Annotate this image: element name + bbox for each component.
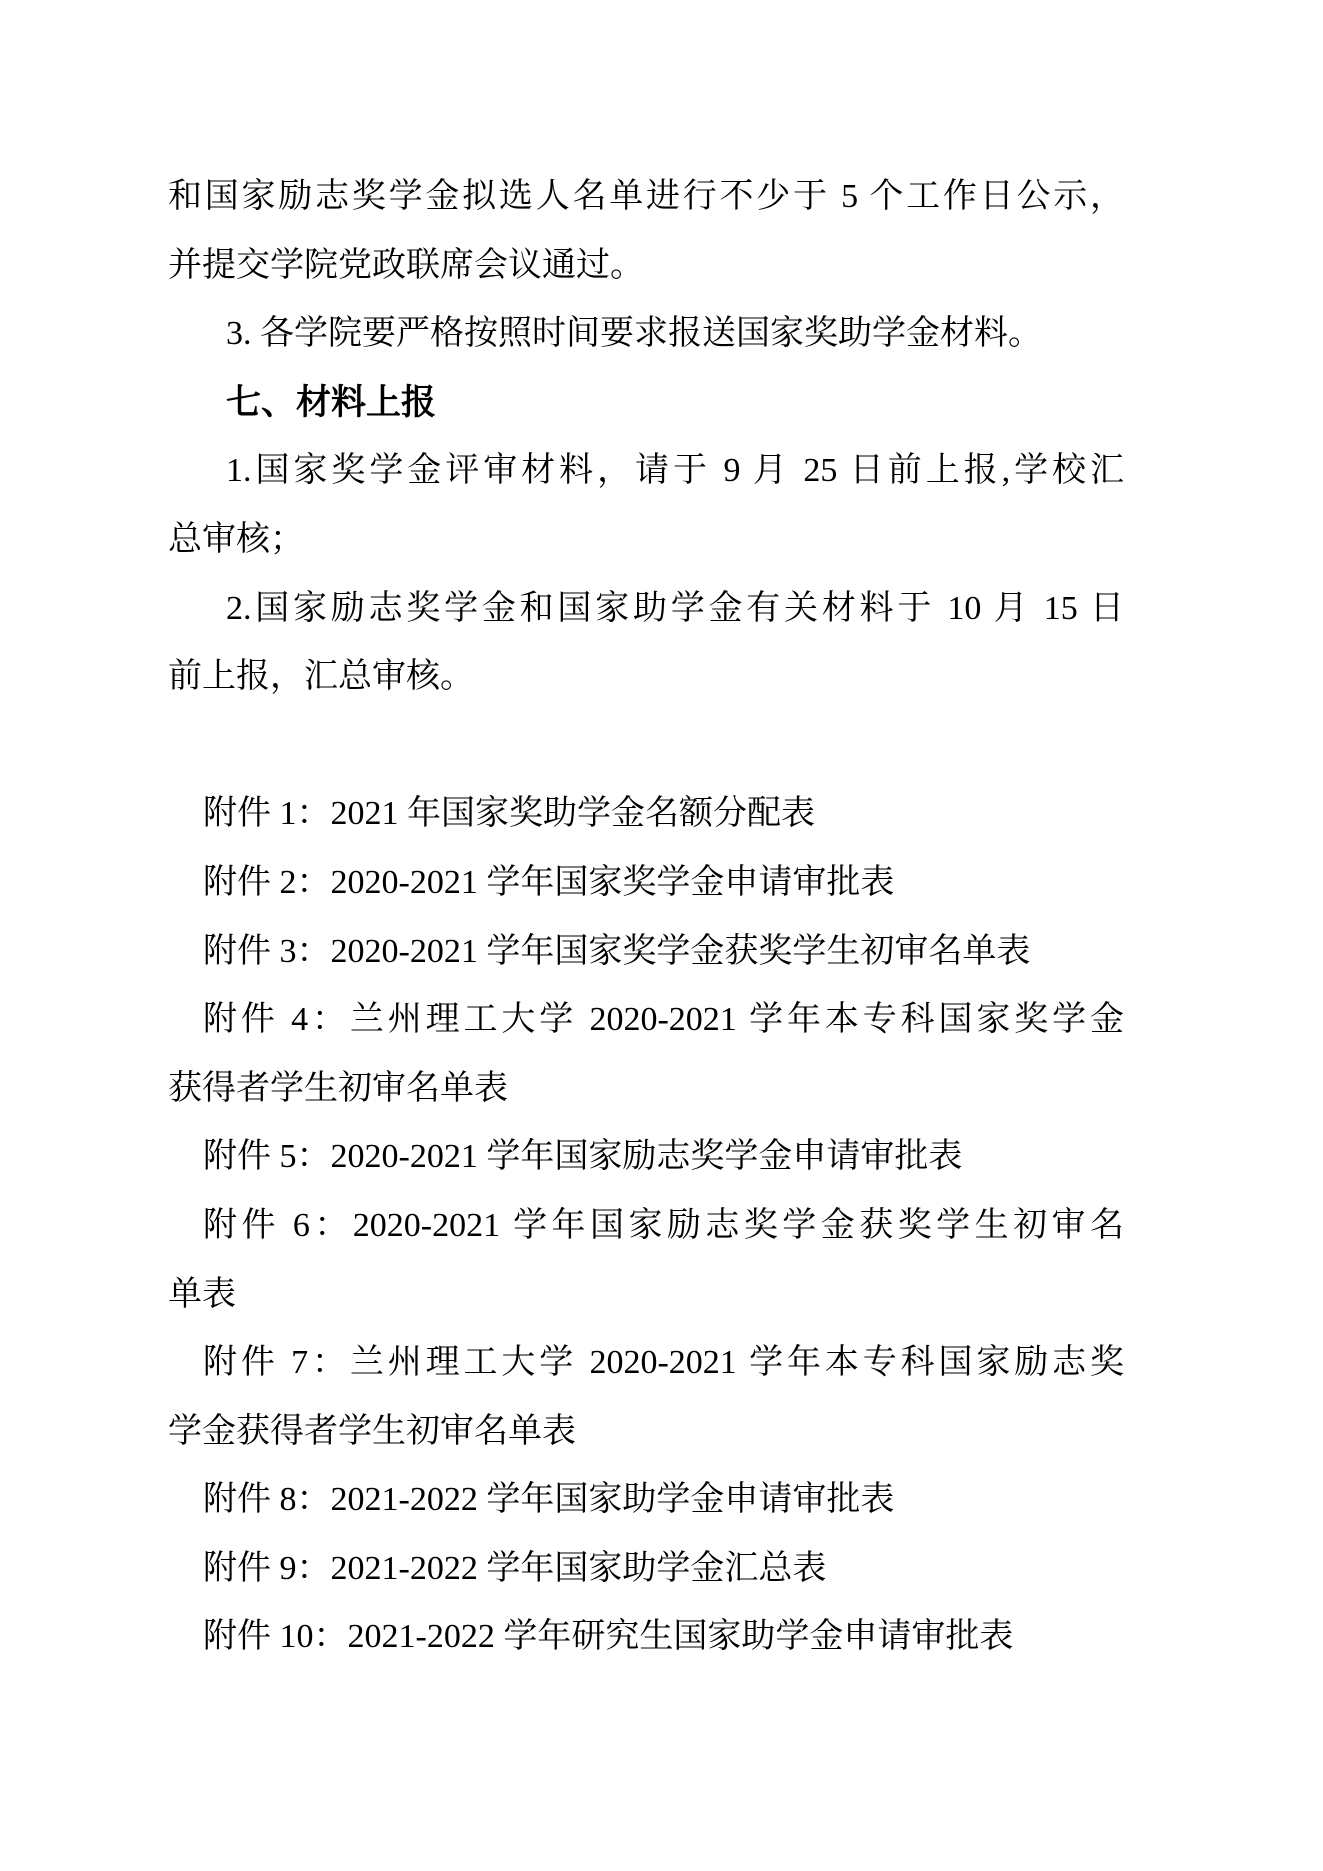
attachment-7-line-1: 附件 7：兰州理工大学 2020-2021 学年本专科国家励志奖 [168,1329,1124,1398]
attachment-4-line-2: 获得者学生初审名单表 [168,1055,1124,1124]
item-2-line-1: 2.国家励志奖学金和国家助学金有关材料于 10 月 15 日 [168,575,1124,644]
body-line-1: 和国家励志奖学金拟选人名单进行不少于 5 个工作日公示， [168,163,1124,232]
attachment-2: 附件 2：2020-2021 学年国家奖学金申请审批表 [168,849,1124,918]
document-page: 和国家励志奖学金拟选人名单进行不少于 5 个工作日公示， 并提交学院党政联席会议… [0,0,1323,1871]
attachment-7-line-2: 学金获得者学生初审名单表 [168,1398,1124,1467]
attachment-6-line-1: 附件 6：2020-2021 学年国家励志奖学金获奖学生初审名 [168,1192,1124,1261]
attachment-5: 附件 5：2020-2021 学年国家励志奖学金申请审批表 [168,1123,1124,1192]
body-line-2: 并提交学院党政联席会议通过。 [168,232,1124,301]
attachment-1: 附件 1：2021 年国家奖助学金名额分配表 [168,780,1124,849]
attachment-3: 附件 3：2020-2021 学年国家奖学金获奖学生初审名单表 [168,918,1124,987]
attachment-10: 附件 10：2021-2022 学年研究生国家助学金申请审批表 [168,1603,1124,1672]
item-1-line-1: 1.国家奖学金评审材料，请于 9 月 25 日前上报,学校汇 [168,437,1124,506]
document-body: 和国家励志奖学金拟选人名单进行不少于 5 个工作日公示， 并提交学院党政联席会议… [168,163,1124,1672]
attachment-8: 附件 8：2021-2022 学年国家助学金申请审批表 [168,1466,1124,1535]
attachment-9: 附件 9：2021-2022 学年国家助学金汇总表 [168,1535,1124,1604]
section-heading: 七、材料上报 [168,369,1124,438]
attachment-4-line-1: 附件 4：兰州理工大学 2020-2021 学年本专科国家奖学金 [168,986,1124,1055]
item-3-line: 3. 各学院要严格按照时间要求报送国家奖助学金材料。 [168,300,1124,369]
item-1-line-2: 总审核； [168,506,1124,575]
attachment-6-line-2: 单表 [168,1261,1124,1330]
item-2-line-2: 前上报，汇总审核。 [168,643,1124,712]
blank-line [168,712,1124,781]
